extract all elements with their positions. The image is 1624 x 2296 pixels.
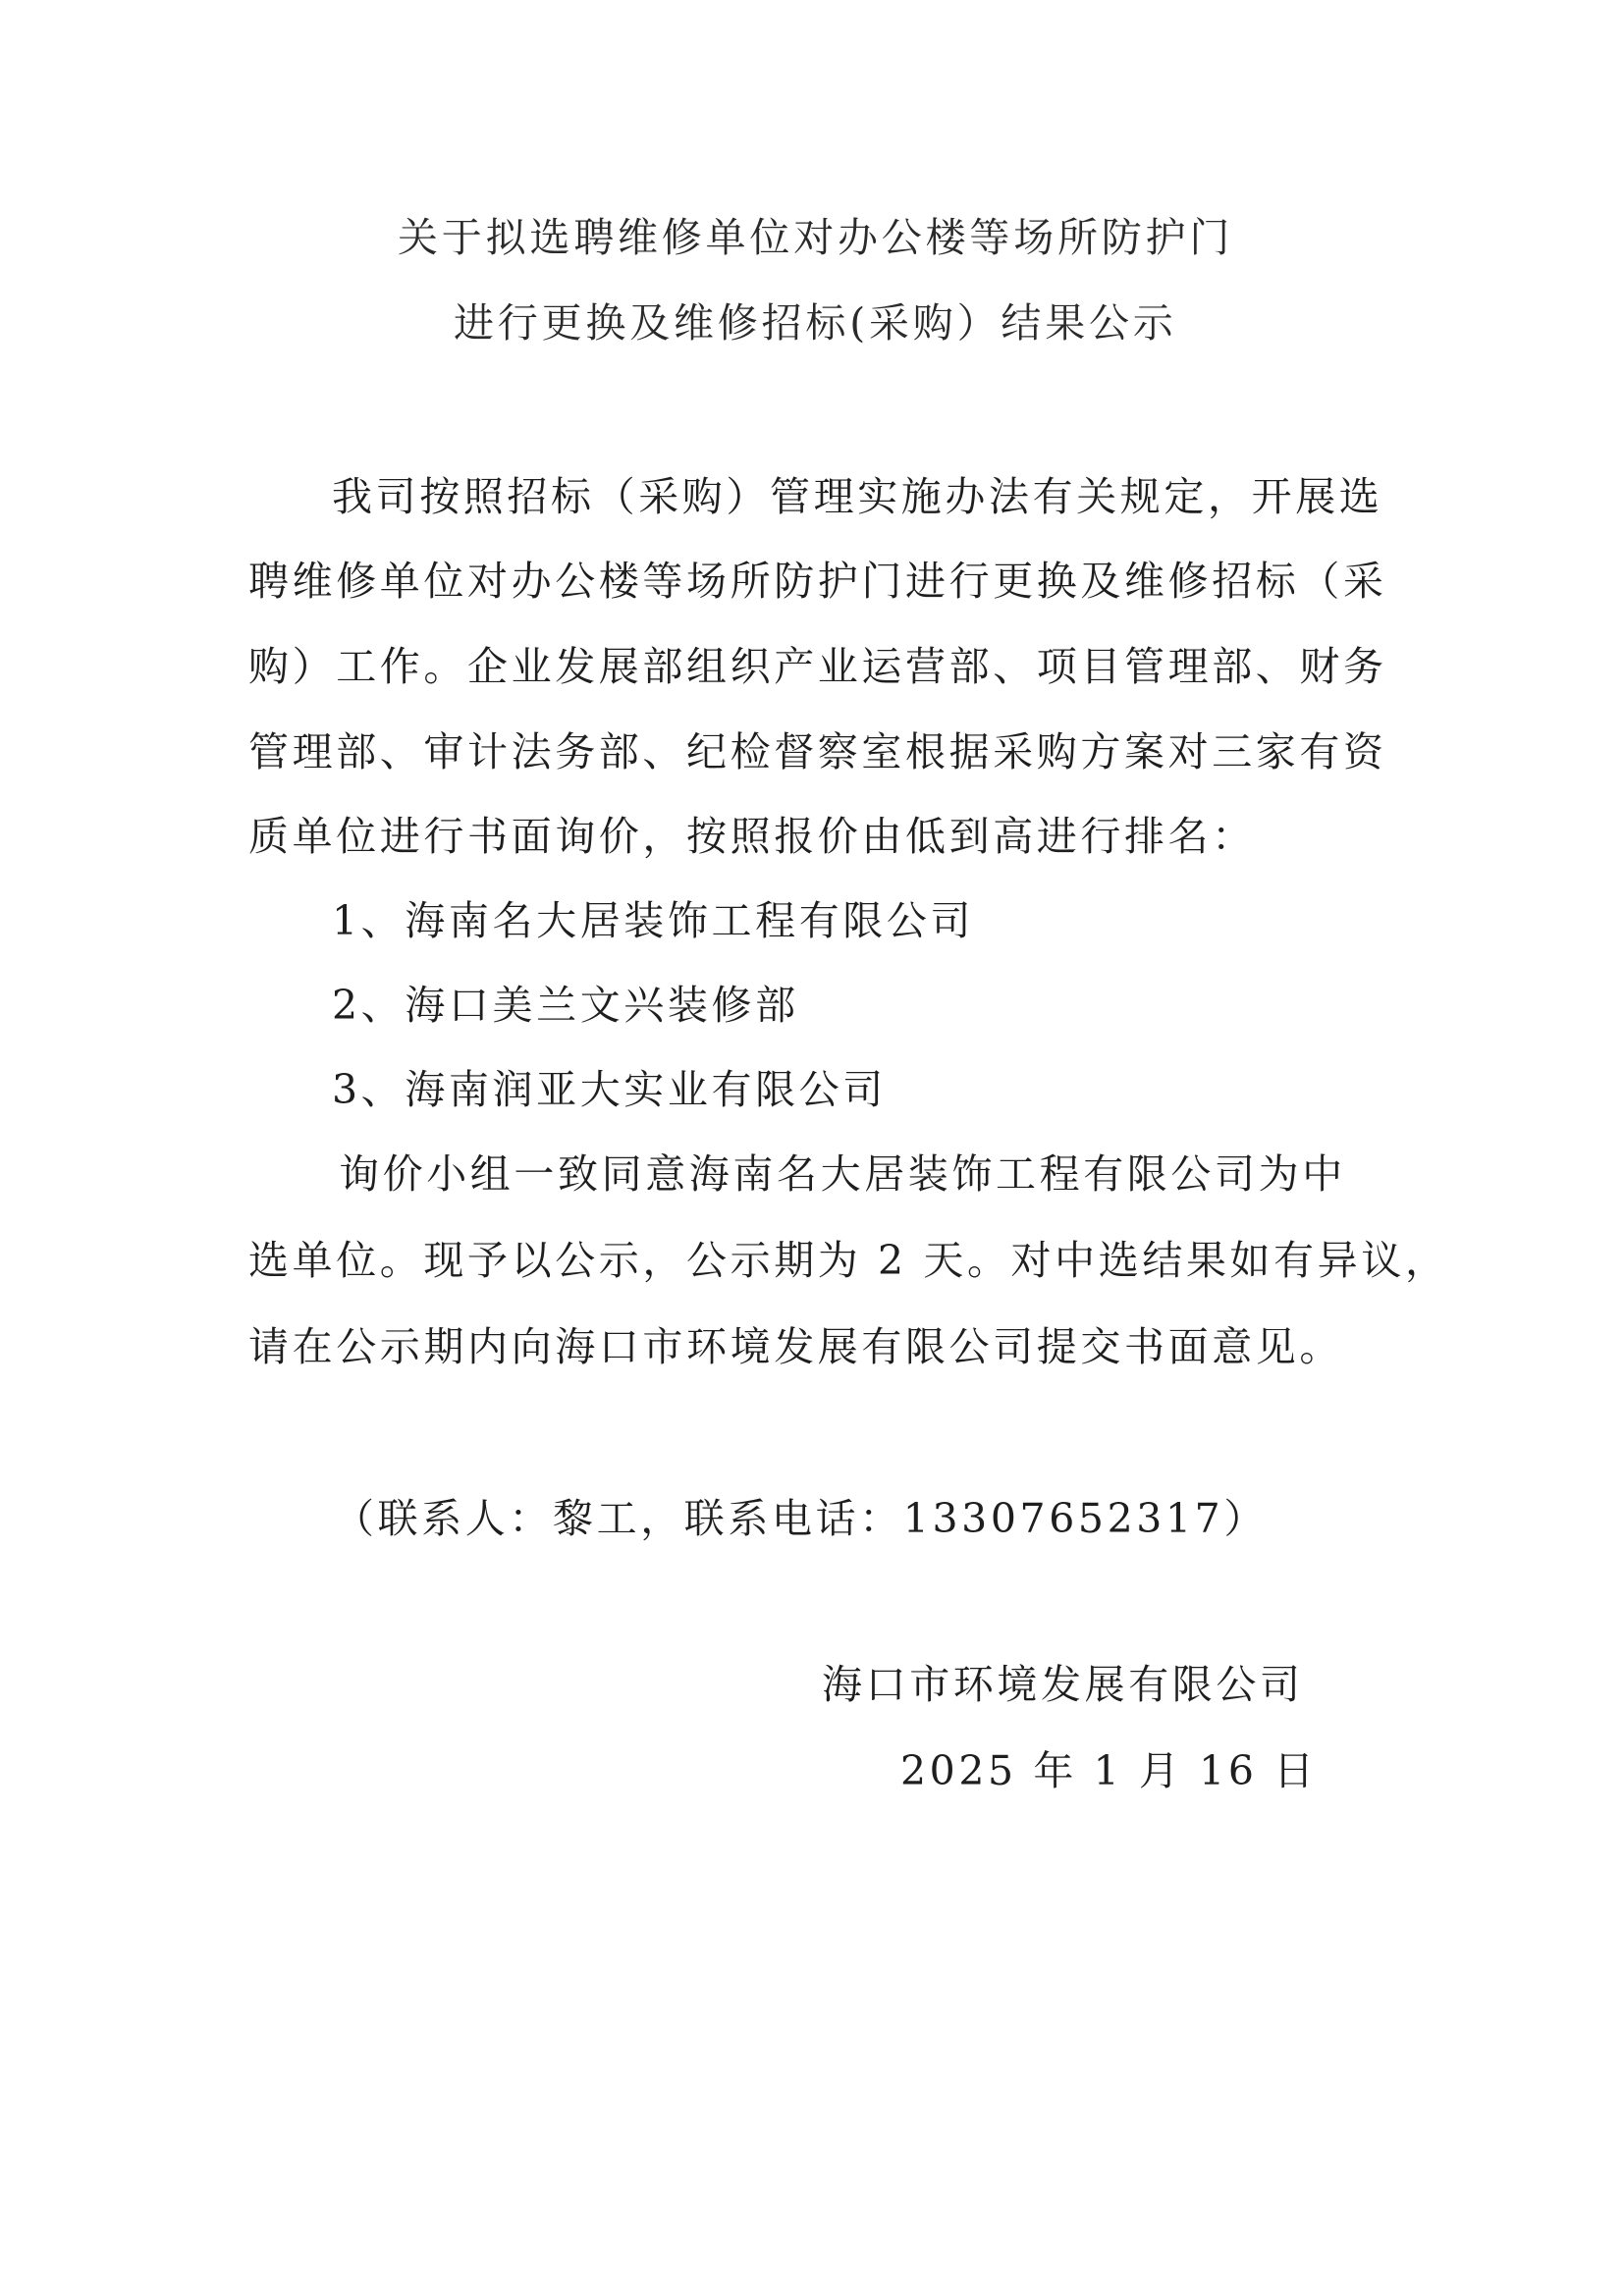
ranking-item-2: 2、海口美兰文兴装修部 (332, 986, 799, 1026)
paragraph1-line-5: 质单位进行书面询价，按照报价由低到高进行排名： (248, 817, 1256, 857)
paragraph2-line-3: 请在公示期内向海口市环境发展有限公司提交书面意见。 (248, 1327, 1343, 1367)
paragraph1-line-3: 购）工作。企业发展部组织产业运营部、项目管理部、财务 (248, 647, 1387, 687)
paragraph1-line-4: 管理部、审计法务部、纪检督察室根据采购方案对三家有资 (248, 732, 1387, 773)
title-line-1: 关于拟选聘维修单位对办公楼等场所防护门 (398, 218, 1233, 258)
ranking-company-name: 海南润亚大实业有限公司 (405, 1066, 887, 1113)
ranking-company-name: 海南名大居装饰工程有限公司 (405, 897, 974, 944)
ranking-item-1: 1、海南名大居装饰工程有限公司 (332, 901, 974, 941)
ranking-number: 2、 (332, 982, 405, 1029)
paragraph1-line-1: 我司按照招标（采购）管理实施办法有关规定，开展选 (332, 477, 1382, 517)
signature-organization: 海口市环境发展有限公司 (822, 1665, 1304, 1705)
title-line-2: 进行更换及维修招标(采购）结果公示 (454, 303, 1177, 344)
contact-info: （联系人：黎工，联系电话：13307652317） (334, 1499, 1268, 1539)
paragraph2-line-2: 选单位。现予以公示，公示期为 2 天。对中选结果如有异议， (248, 1241, 1449, 1281)
paragraph2-line-1: 询价小组一致同意海南名大居装饰工程有限公司为中 (339, 1154, 1346, 1195)
paragraph1-line-2: 聘维修单位对办公楼等场所防护门进行更换及维修招标（采 (248, 561, 1387, 602)
ranking-company-name: 海口美兰文兴装修部 (405, 982, 798, 1029)
document-page: 关于拟选聘维修单位对办公楼等场所防护门 进行更换及维修招标(采购）结果公示 我司… (0, 0, 1624, 2296)
ranking-number: 3、 (332, 1066, 405, 1113)
signature-date: 2025 年 1 月 16 日 (900, 1751, 1318, 1791)
ranking-number: 1、 (332, 897, 405, 944)
ranking-item-3: 3、海南润亚大实业有限公司 (332, 1070, 887, 1110)
